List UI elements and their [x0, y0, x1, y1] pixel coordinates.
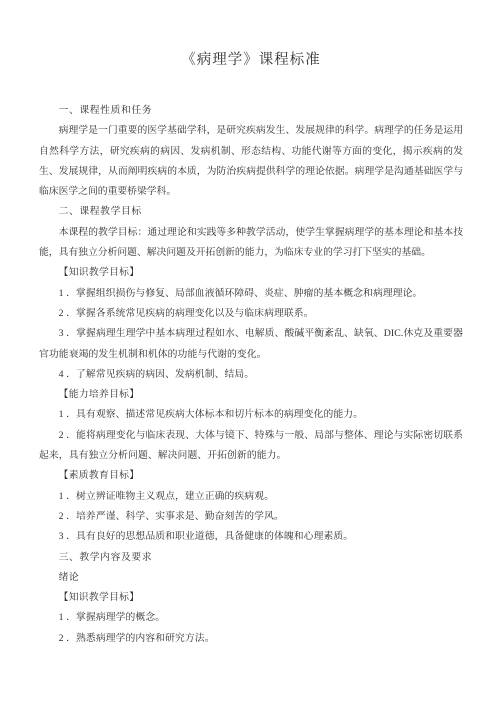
- document-title: 《病理学》课程标准: [39, 50, 463, 71]
- list-item: 1 ．掌握组织损伤与修复、局部血液循环障碍、炎症、肿瘤的基本概念和病理理论。: [39, 284, 463, 304]
- list-item: 2 ．掌握各系统常见疾病的病理变化以及与临床病理联系。: [39, 304, 463, 324]
- bracket-heading-knowledge: 【知识教学目标】: [39, 263, 463, 283]
- bracket-heading-quality: 【素质教育目标】: [39, 466, 463, 486]
- paragraph: 本课程的教学目标：通过理论和实践等多种教学活动，使学生掌握病理学的基本理论和基本…: [39, 223, 463, 264]
- list-item: 3 ．掌握病理生理学中基本病理过程如水、电解质、酸碱平衡紊乱、缺氧、DIC.休克…: [39, 324, 463, 365]
- list-item: 1 ．树立辨证唯物主义观点，建立正确的疾病观。: [39, 487, 463, 507]
- list-item: 1 ．具有观察、描述常见疾病大体标本和切片标本的病理变化的能力。: [39, 405, 463, 425]
- bracket-heading-ability: 【能力培养目标】: [39, 385, 463, 405]
- list-item: 2 ．培养严谨、科学、实事求是、勤奋刻苦的学风。: [39, 507, 463, 527]
- section-heading-2: 二、课程教学目标: [39, 202, 463, 222]
- section-heading-3: 三、教学内容及要求: [39, 548, 463, 568]
- document-page: 《病理学》课程标准 一、课程性质和任务 病理学是一门重要的医学基础学科，是研究疾…: [0, 0, 500, 707]
- bracket-heading-knowledge-intro: 【知识教学目标】: [39, 588, 463, 608]
- list-item: 3 ．具有良好的思想品质和职业道德，具备健康的体魄和心理素质。: [39, 527, 463, 547]
- paragraph: 病理学是一门重要的医学基础学科，是研究疾病发生、发展规律的科学。病理学的任务是运…: [39, 121, 463, 202]
- list-item: 1 ．掌握病理学的概念。: [39, 608, 463, 628]
- list-item: 4 ．了解常见疾病的病因、发病机制、结局。: [39, 365, 463, 385]
- subsection-heading-intro: 绪论: [39, 568, 463, 588]
- list-item: 2 ．熟悉病理学的内容和研究方法。: [39, 629, 463, 649]
- section-heading-1: 一、课程性质和任务: [39, 101, 463, 121]
- list-item: 2 ．能将病理变化与临床表现、大体与镜下、特殊与一般、局部与整体、理论与实际密切…: [39, 426, 463, 467]
